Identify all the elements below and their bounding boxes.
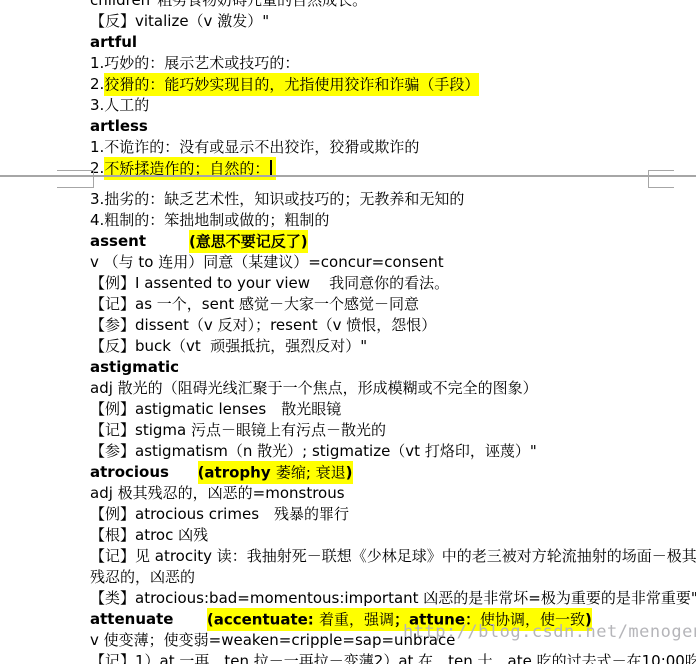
document-lines[interactable]: children"粗劣食物妨碍儿童的自然成长。【反】vitalize（v 激发）… (90, 0, 696, 664)
document-page[interactable]: children"粗劣食物妨碍儿童的自然成长。【反】vitalize（v 激发）… (0, 0, 696, 664)
doc-line: 3.人工的 (90, 95, 696, 116)
doc-line: 【例】atrocious crimes 残暴的罪行 (90, 504, 696, 525)
doc-line: 4.粗制的：笨拙地制或做的；粗制的 (90, 210, 696, 231)
text-segment: v （与 to 连用）同意（某建议）=concur=consent (90, 253, 444, 271)
text-segment: 【记】见 atrocity 读：我抽射死－联想《少林足球》中的老三被对方轮流抽射… (90, 547, 696, 565)
text-segment: ) (346, 461, 353, 484)
text-segment: 残忍的，凶恶的 (90, 568, 195, 586)
text-segment (146, 232, 189, 250)
cursor-bar-icon (270, 160, 272, 175)
text-segment: attenuate (90, 610, 173, 628)
doc-line: 【记】as 一个，sent 感觉－大家一个感觉－同意 (90, 294, 696, 315)
doc-line: artful (90, 32, 696, 53)
text-segment: v 使变薄；使变弱=weaken=cripple=sap=unbrace (90, 631, 455, 649)
doc-line: astigmatic (90, 357, 696, 378)
text-segment: 4.粗制的：笨拙地制或做的；粗制的 (90, 211, 329, 229)
text-segment: (atrophy (198, 461, 276, 484)
text-segment: assent (90, 232, 146, 250)
text-segment: (意思不要记反了) (189, 230, 308, 253)
text-segment: astigmatic (90, 358, 179, 376)
text-segment: atrocious (90, 463, 169, 481)
text-segment (173, 610, 206, 628)
doc-line: adj 散光的（阻碍光线汇聚于一个焦点，形成模糊或不完全的图象） (90, 378, 696, 399)
doc-line: children"粗劣食物妨碍儿童的自然成长。 (90, 0, 696, 11)
doc-line: 【记】stigma 污点－眼镜上有污点－散光的 (90, 420, 696, 441)
text-segment: 3.拙劣的：缺乏艺术性，知识或技巧的；无教养和无知的 (90, 190, 464, 208)
doc-line: 【参】astigmatism（n 散光）; stigmatize（vt 打烙印，… (90, 441, 696, 462)
text-segment: 【参】astigmatism（n 散光）; stigmatize（vt 打烙印，… (90, 442, 537, 460)
doc-line: artless (90, 116, 696, 137)
text-segment: 1.不诡诈的：没有或显示不出狡诈，狡猾或欺诈的 (90, 138, 419, 156)
doc-line: 残忍的，凶恶的 (90, 567, 696, 588)
text-segment: 【记】as 一个，sent 感觉－大家一个感觉－同意 (90, 295, 419, 313)
text-segment: 着重，强调 (319, 608, 394, 631)
doc-line: adj 极其残忍的，凶恶的=monstrous (90, 483, 696, 504)
doc-line: 【参】dissent（v 反对）；resent（v 愤恨，怨恨） (90, 315, 696, 336)
text-segment: 【类】atrocious:bad=momentous:important 凶恶的… (90, 589, 696, 607)
doc-line: 【例】astigmatic lenses 散光眼镜 (90, 399, 696, 420)
text-segment: 1.巧妙的：展示艺术或技巧的： (90, 54, 299, 72)
doc-line: 【根】atroc 凶残 (90, 525, 696, 546)
doc-line: 【例】I assented to your view 我同意你的看法。 (90, 273, 696, 294)
text-segment: 2. (90, 75, 104, 93)
text-segment: 【根】atroc 凶残 (90, 526, 208, 544)
text-segment: adj 极其残忍的，凶恶的=monstrous (90, 484, 345, 502)
doc-line: 3.拙劣的：缺乏艺术性，知识或技巧的；无教养和无知的 (90, 189, 696, 210)
text-segment (169, 463, 198, 481)
doc-line: assent (意思不要记反了) (90, 231, 696, 252)
text-segment: 萎缩; 衰退 (276, 461, 346, 484)
watermark: http://blog.csdn.net/menogen (403, 622, 696, 643)
text-segment: 【记】1）at 一再，ten 拉－一再拉－变薄2）at 在，ten 十，ate … (90, 652, 696, 664)
doc-line: 【反】vitalize（v 激发）" (90, 11, 696, 32)
text-segment: 【反】buck（vt 顽强抵抗，强烈反对）" (90, 337, 367, 355)
text-segment: artless (90, 117, 148, 135)
page-break[interactable] (0, 179, 696, 189)
doc-line: 【记】1）at 一再，ten 拉－一再拉－变薄2）at 在，ten 十，ate … (90, 651, 696, 664)
doc-line: 【记】见 atrocity 读：我抽射死－联想《少林足球》中的老三被对方轮流抽射… (90, 546, 696, 567)
text-segment: 3.人工的 (90, 96, 149, 114)
text-segment: 狡猾的：能巧妙实现目的，尤指使用狡诈和诈骗（手段） (104, 73, 479, 96)
page-corner-right-icon (648, 170, 674, 188)
text-segment: 【例】I assented to your view 我同意你的看法。 (90, 274, 449, 292)
text-segment: 【记】stigma 污点－眼镜上有污点－散光的 (90, 421, 386, 439)
page-corner-left-icon (57, 170, 94, 188)
doc-line: 【类】atrocious:bad=momentous:important 凶恶的… (90, 588, 696, 609)
page-break-line (0, 175, 696, 177)
doc-line: 1.不诡诈的：没有或显示不出狡诈，狡猾或欺诈的 (90, 137, 696, 158)
text-segment: artful (90, 33, 137, 51)
text-segment: 【反】vitalize（v 激发）" (90, 12, 269, 30)
text-segment: children"粗劣食物妨碍儿童的自然成长。 (90, 0, 367, 9)
text-segment: 【例】astigmatic lenses 散光眼镜 (90, 400, 341, 418)
doc-line: atrocious (atrophy 萎缩; 衰退) (90, 462, 696, 483)
text-segment: (accentuate: (207, 608, 319, 631)
doc-line: 1.巧妙的：展示艺术或技巧的： (90, 53, 696, 74)
doc-line: 【反】buck（vt 顽强抵抗，强烈反对）" (90, 336, 696, 357)
text-segment: adj 散光的（阻碍光线汇聚于一个焦点，形成模糊或不完全的图象） (90, 379, 538, 397)
text-segment: 【参】dissent（v 反对）；resent（v 愤恨，怨恨） (90, 316, 436, 334)
doc-line: v （与 to 连用）同意（某建议）=concur=consent (90, 252, 696, 273)
text-segment: 【例】atrocious crimes 残暴的罪行 (90, 505, 349, 523)
doc-line: 2.狡猾的：能巧妙实现目的，尤指使用狡诈和诈骗（手段） (90, 74, 696, 95)
